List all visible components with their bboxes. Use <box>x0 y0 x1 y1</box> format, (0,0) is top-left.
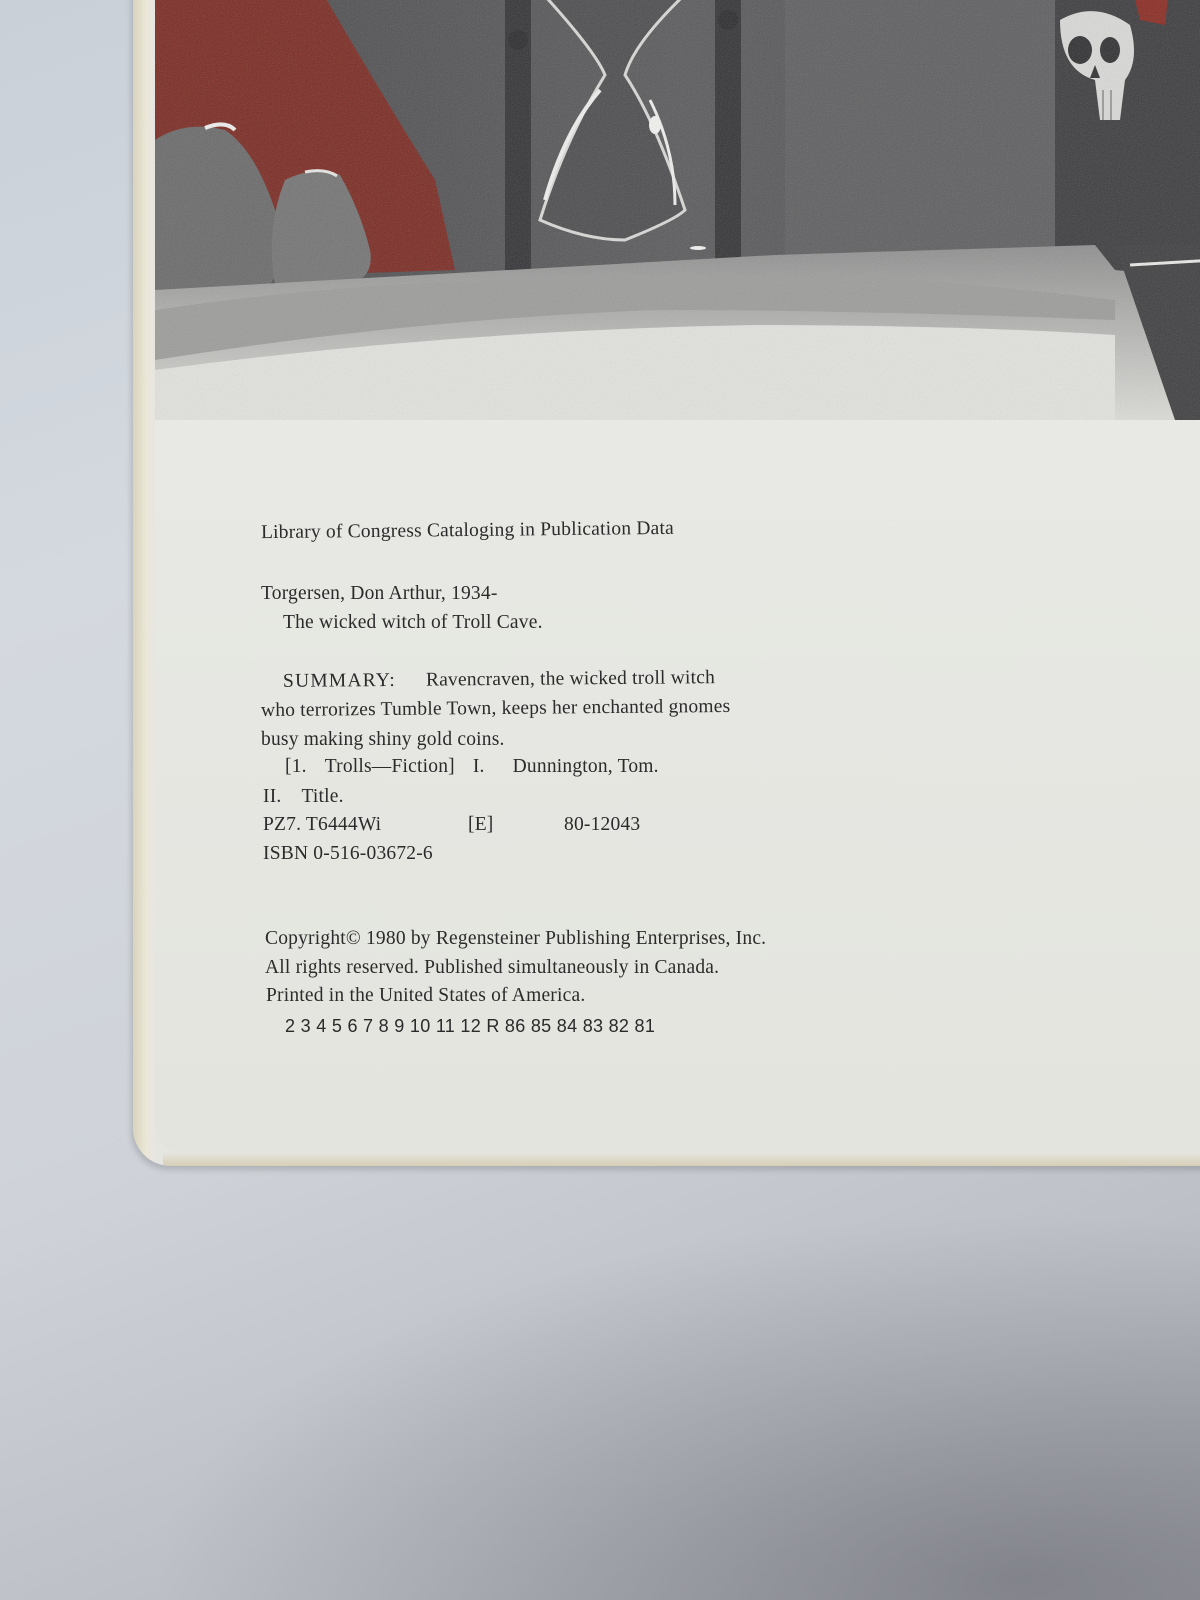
subject-number: [1. <box>285 756 307 777</box>
summary-line-2: who terrorizes Tumble Town, keeps her en… <box>261 696 731 722</box>
added-entry-1: Dunnington, Tom. <box>513 756 659 777</box>
classification-line: PZ7. T6444Wi[E]80-12043 <box>263 814 640 836</box>
summary-line-3: busy making shiny gold coins. <box>261 729 505 751</box>
cip-heading: Library of Congress Cataloging in Public… <box>261 518 674 544</box>
lccn: 80-12043 <box>564 814 640 835</box>
summary-label: SUMMARY: <box>283 670 396 692</box>
copyright-line-3: Printed in the United States of America. <box>266 985 585 1007</box>
page-edge <box>133 0 155 1166</box>
subject-term: Trolls—Fiction] <box>325 756 455 777</box>
book-page: Library of Congress Cataloging in Public… <box>133 0 1200 1166</box>
call-number: PZ7. T6444Wi <box>263 814 468 836</box>
page-bottom-edge <box>163 1152 1200 1166</box>
title-entry: The wicked witch of Troll Cave. <box>283 612 543 634</box>
inner-page: Library of Congress Cataloging in Public… <box>155 0 1200 1154</box>
desk-surface <box>0 1150 1200 1600</box>
isbn: ISBN 0-516-03672-6 <box>263 843 433 865</box>
printing-number-line: 2 3 4 5 6 7 8 9 10 11 12 R 86 85 84 83 8… <box>285 1016 655 1037</box>
copyright-line-1: Copyright© 1980 by Regensteiner Publishi… <box>265 928 766 950</box>
reading-level: [E] <box>468 814 564 836</box>
added-entry-2-number: II. <box>263 786 281 807</box>
summary-text-1: Ravencraven, the wicked troll witch <box>426 667 715 691</box>
subject-line: [1.Trolls—Fiction]I.Dunnington, Tom. <box>285 756 659 778</box>
summary-line-1: SUMMARY:Ravencraven, the wicked troll wi… <box>283 667 715 693</box>
added-entry-1-number: I. <box>473 756 485 777</box>
author-entry: Torgersen, Don Arthur, 1934- <box>261 583 498 605</box>
added-entry-2: Title. <box>301 786 343 807</box>
cip-block: Library of Congress Cataloging in Public… <box>155 0 1200 1150</box>
copyright-line-2: All rights reserved. Published simultane… <box>265 957 719 979</box>
added-entry-2-line: II.Title. <box>263 786 344 808</box>
